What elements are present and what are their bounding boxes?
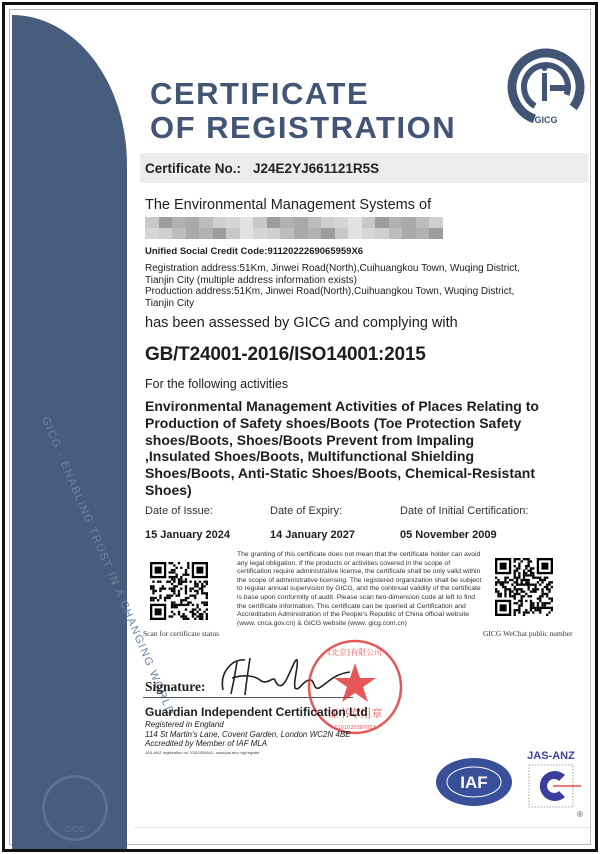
certificate-title: CERTIFICATE OF REGISTRATION (150, 77, 456, 145)
issuer-registered: Registered in England (145, 720, 351, 730)
addresses: Registration address:51Km, Jinwei Road(N… (145, 263, 525, 309)
issuer-details: Registered in England 114 St Martin's La… (145, 720, 351, 749)
dates-row: Date of Issue: 15 January 2024 Date of E… (145, 505, 528, 541)
date-initial-value: 05 November 2009 (400, 529, 528, 541)
svg-text:JAS-ANZ: JAS-ANZ (527, 750, 575, 762)
date-issue: Date of Issue: 15 January 2024 (145, 505, 270, 541)
redaction-block (280, 217, 294, 239)
redaction-block (321, 217, 335, 239)
certificate-number-value: J24E2YJ661121R5S (253, 161, 379, 176)
redaction-block (348, 217, 362, 239)
date-initial: Date of Initial Certification: 05 Novemb… (400, 505, 528, 541)
date-initial-label: Date of Initial Certification: (400, 505, 528, 517)
svg-text:(北京)有限公司: (北京)有限公司 (328, 647, 382, 657)
certificate-number-label: Certificate No.: (145, 161, 241, 176)
iaf-logo-icon: IAF (435, 757, 513, 807)
side-band-logo-icon: GICG (42, 775, 108, 841)
production-address: Production address:51Km, Jinwei Road(Nor… (145, 286, 525, 309)
redaction-block (362, 217, 376, 239)
credit-code: Unified Social Credit Code:9112022269065… (145, 246, 363, 257)
date-expiry-value: 14 January 2027 (270, 529, 400, 541)
redaction-block (429, 217, 443, 239)
redaction-block (402, 217, 416, 239)
organization-name-redacted (145, 217, 443, 239)
redaction-block (199, 217, 213, 239)
wechat-qr-code[interactable] (495, 558, 553, 616)
date-expiry-label: Date of Expiry: (270, 505, 400, 517)
redaction-block (253, 217, 267, 239)
title-line-1: CERTIFICATE (150, 77, 456, 111)
title-line-2: OF REGISTRATION (150, 111, 456, 145)
disclaimer-text: The granting of this certificate does no… (237, 551, 485, 628)
redaction-block (186, 217, 200, 239)
redaction-block (267, 217, 281, 239)
certificate-number: Certificate No.:J24E2YJ661121R5S (145, 161, 379, 176)
signature-label: Signature: (145, 679, 206, 695)
certificate-status-qr-code[interactable] (150, 562, 208, 620)
issuer-name: Guardian Independent Certification Ltd (145, 705, 368, 719)
redaction-block (335, 217, 349, 239)
redaction-block (308, 217, 322, 239)
redaction-block (159, 217, 173, 239)
date-issue-value: 15 January 2024 (145, 529, 270, 541)
assessed-text: has been assessed by GICG and complying … (145, 315, 458, 331)
date-issue-label: Date of Issue: (145, 505, 270, 517)
redaction-block (226, 217, 240, 239)
jas-anz-note: JAS-ANZ registration no. E3520506UL, www… (145, 750, 260, 755)
svg-text:IAF: IAF (460, 773, 487, 792)
side-band: GICG · ENABLING TRUST IN A CHANGING WORL… (12, 15, 127, 851)
svg-text:GICG: GICG (534, 115, 557, 125)
qr-right-caption: GICG WeChat public number (483, 629, 572, 638)
intro-text: The Environmental Management Systems of (145, 197, 431, 213)
redaction-block (172, 217, 186, 239)
issuer-accredited: Accredited by Member of IAF MLA (145, 739, 351, 749)
redaction-block (416, 217, 430, 239)
issuer-address: 114 St Martin's Lane, Covent Garden, Lon… (145, 730, 351, 740)
redaction-block (240, 217, 254, 239)
bottom-divider (135, 827, 590, 828)
registration-address: Registration address:51Km, Jinwei Road(N… (145, 263, 525, 286)
standard: GB/T24001-2016/ISO14001:2015 (145, 344, 426, 366)
redaction-block (389, 217, 403, 239)
date-expiry: Date of Expiry: 14 January 2027 (270, 505, 400, 541)
redaction-block (145, 217, 159, 239)
certificate-frame: GICG · ENABLING TRUST IN A CHANGING WORL… (2, 2, 598, 852)
redaction-block (213, 217, 227, 239)
activities-intro: For the following activities (145, 377, 288, 391)
scope-text: Environmental Management Activities of P… (145, 398, 540, 499)
gicg-logo-icon: GICG (506, 47, 586, 127)
redaction-block (294, 217, 308, 239)
jas-anz-logo-icon: JAS-ANZ ® (523, 747, 583, 822)
svg-text:®: ® (577, 810, 583, 819)
redaction-block (375, 217, 389, 239)
qr-left-caption: Scan for certificate status (143, 629, 219, 638)
